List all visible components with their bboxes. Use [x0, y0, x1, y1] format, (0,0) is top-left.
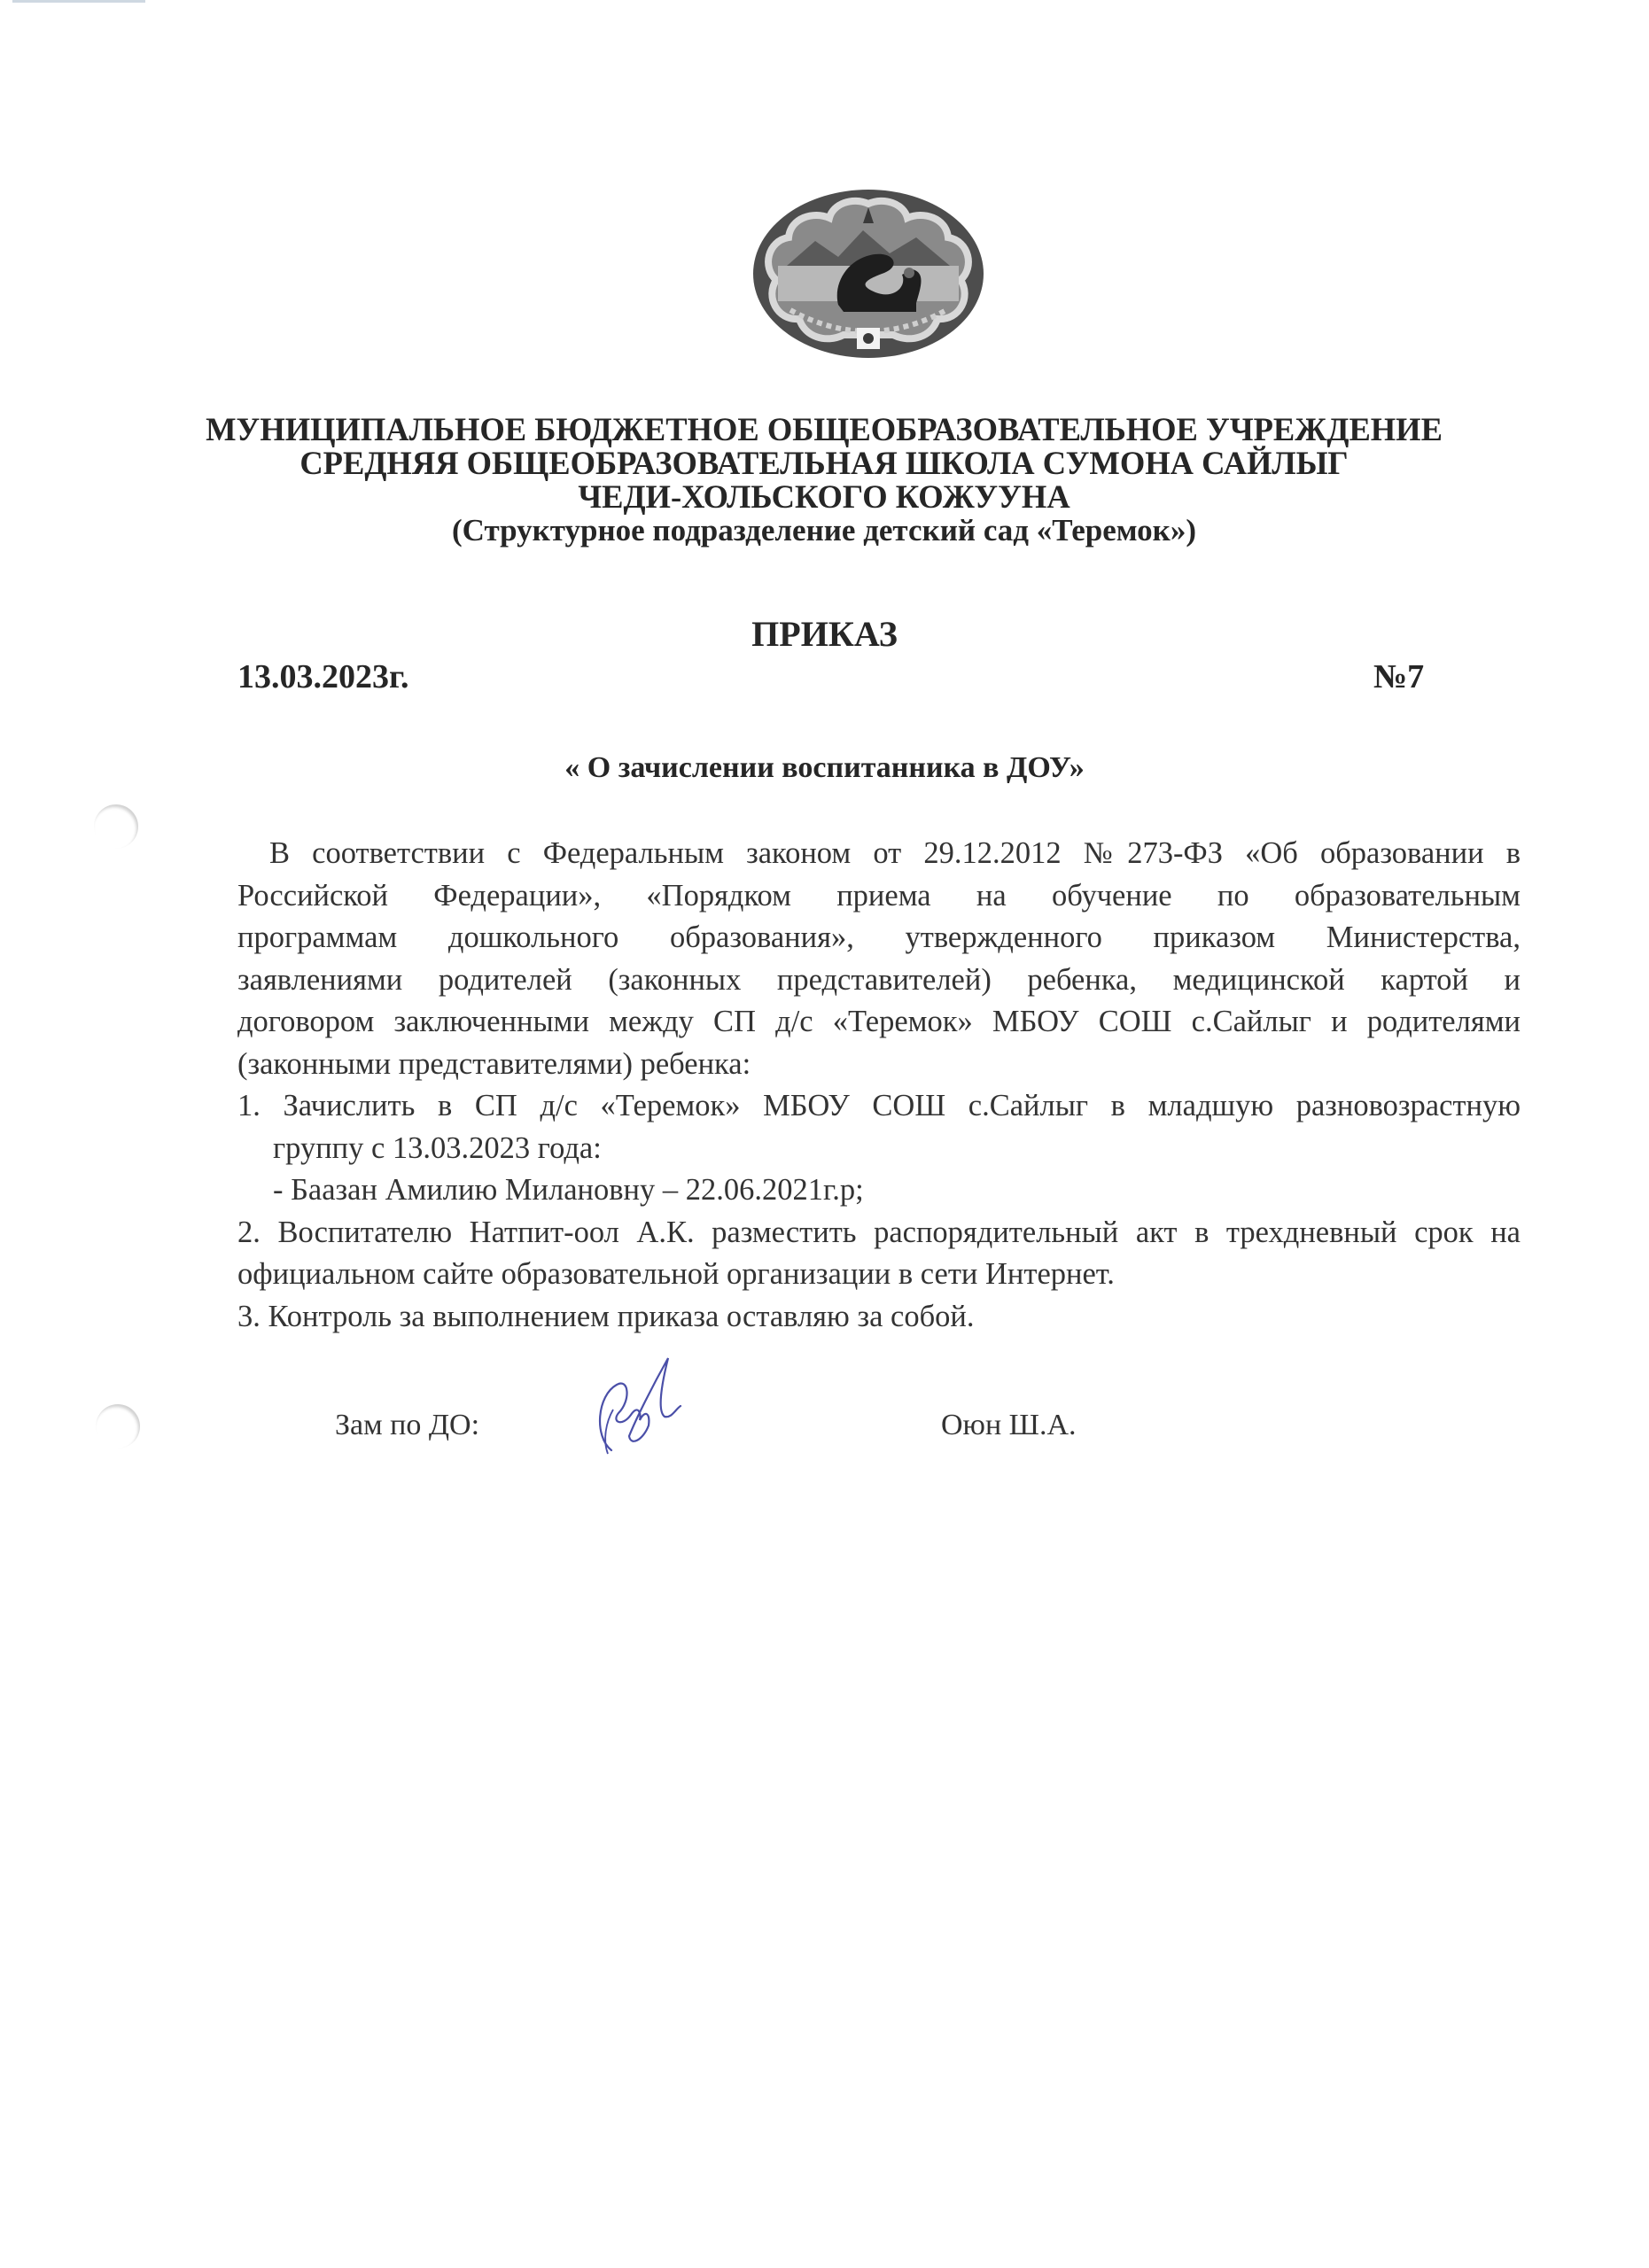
order-item-1-continued: группу с 13.03.2023 года: — [237, 1128, 1521, 1170]
organization-header: МУНИЦИПАЛЬНОЕ БЮДЖЕТНОЕ ОБЩЕОБРАЗОВАТЕЛЬ… — [177, 413, 1471, 548]
preamble-line: договором заключенными между СП д/с «Тер… — [237, 1001, 1521, 1044]
preamble-line: (законными представителями) ребенка: — [237, 1044, 1521, 1086]
order-item-2: 2. Воспитателю Натпит-оол А.К. разместит… — [237, 1212, 1521, 1254]
preamble-line: программам дошкольного образования», утв… — [237, 917, 1521, 959]
preamble-line: заявлениями родителей (законных представ… — [237, 959, 1521, 1002]
enrolled-child: - Баазан Амилию Милановну – 22.06.2021г.… — [237, 1169, 1521, 1212]
coat-of-arms-icon — [751, 188, 985, 360]
header-line: ЧЕДИ-ХОЛЬСКОГО КОЖУУНА — [177, 480, 1471, 514]
document-title: ПРИКАЗ — [0, 613, 1649, 655]
handwritten-signature — [576, 1351, 700, 1457]
order-item-1: 1. Зачислить в СП д/с «Теремок» МБОУ СОШ… — [237, 1085, 1521, 1128]
header-line: СРЕДНЯЯ ОБЩЕОБРАЗОВАТЕЛЬНАЯ ШКОЛА СУМОНА… — [177, 447, 1471, 480]
signatory-name: Оюн Ш.А. — [941, 1409, 1077, 1442]
preamble-line: В соответствии с Федеральным законом от … — [237, 833, 1521, 875]
preamble-line: Российской Федерации», «Порядком приема … — [237, 875, 1521, 918]
header-subdivision: (Структурное подразделение детский сад «… — [177, 514, 1471, 548]
hole-punch-mark — [94, 804, 138, 849]
scanned-document-page: МУНИЦИПАЛЬНОЕ БЮДЖЕТНОЕ ОБЩЕОБРАЗОВАТЕЛЬ… — [0, 0, 1649, 2268]
signatory-role: Зам по ДО: — [335, 1409, 479, 1442]
order-item-3: 3. Контроль за выполнением приказа остав… — [237, 1296, 1521, 1339]
order-body: В соответствии с Федеральным законом от … — [237, 833, 1521, 1338]
order-number: №7 — [1373, 657, 1424, 696]
scan-edge-artifact — [12, 0, 145, 3]
order-item-2-continued: официальном сайте образовательной органи… — [237, 1254, 1521, 1296]
order-subject: « О зачислении воспитанника в ДОУ» — [0, 751, 1649, 785]
hole-punch-mark — [96, 1404, 140, 1449]
header-line: МУНИЦИПАЛЬНОЕ БЮДЖЕТНОЕ ОБЩЕОБРАЗОВАТЕЛЬ… — [177, 413, 1471, 447]
order-date: 13.03.2023г. — [237, 657, 408, 696]
